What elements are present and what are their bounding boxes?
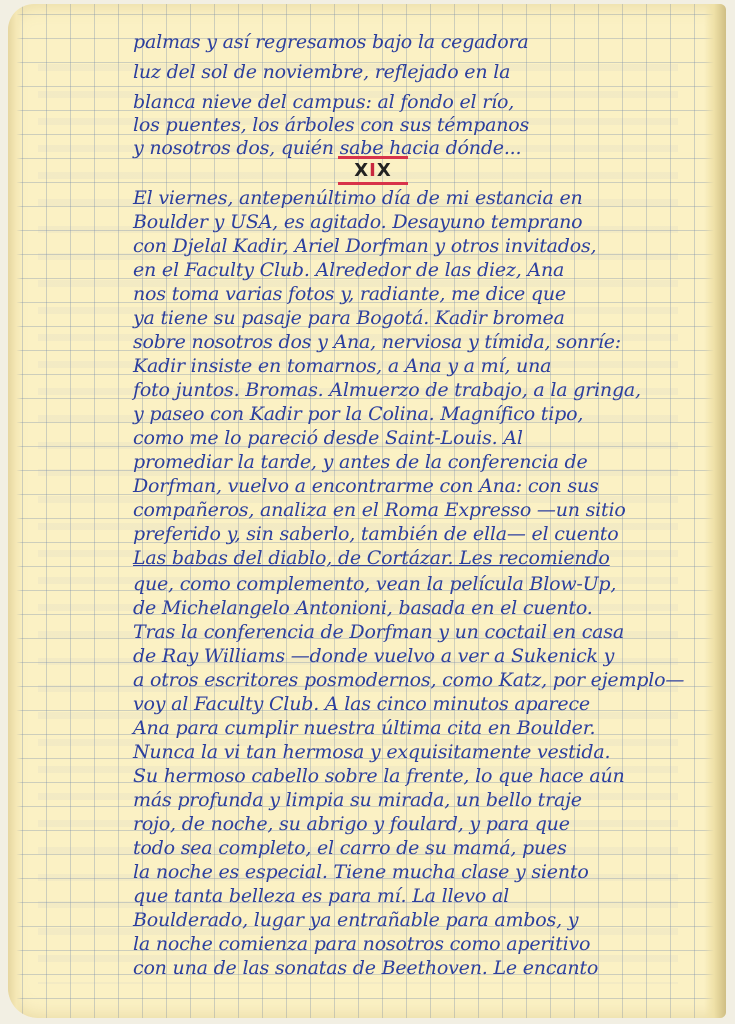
handwritten-line: de Ray Williams —donde vuelvo a ver a Su…: [133, 644, 614, 668]
handwritten-line: Nunca la vi tan hermosa y exquisitamente…: [133, 740, 610, 764]
handwritten-line: más profunda y limpia su mirada, un bell…: [133, 788, 582, 812]
handwritten-line: que, como complemento, vean la película …: [133, 572, 616, 596]
handwritten-line: rojo, de noche, su abrigo y foulard, y p…: [133, 812, 570, 836]
handwritten-line: promediar la tarde, y antes de la confer…: [133, 450, 588, 474]
chapter-numeral-x: X: [377, 160, 392, 181]
handwritten-line: con Djelal Kadir, Ariel Dorfman y otros …: [133, 234, 596, 258]
handwritten-line: blanca nieve del campus: al fondo el río…: [133, 90, 514, 114]
handwritten-line: a otros escritores posmodernos, como Kat…: [133, 668, 684, 692]
handwritten-line: la noche comienza para nosotros como ape…: [133, 932, 590, 956]
page-stack-left-edge: [8, 4, 22, 1018]
handwritten-line: El viernes, antepenúltimo día de mi esta…: [133, 186, 583, 210]
handwritten-line: que tanta belleza es para mí. La llevo a…: [133, 884, 509, 908]
chapter-heading: XIX: [338, 160, 408, 181]
handwritten-line: nos toma varias fotos y, radiante, me di…: [133, 282, 566, 306]
handwritten-line: luz del sol de noviembre, reflejado en l…: [133, 60, 510, 84]
handwritten-line: Boulder y USA, es agitado. Desayuno temp…: [133, 210, 582, 234]
handwritten-line: sobre nosotros dos y Ana, nerviosa y tím…: [133, 330, 621, 354]
handwritten-line: Boulderado, lugar ya entrañable para amb…: [133, 908, 578, 932]
handwritten-line: con una de las sonatas de Beethoven. Le …: [133, 956, 598, 980]
handwritten-line: Kadir insiste en tomarnos, a Ana y a mí,…: [133, 354, 551, 378]
handwritten-line: los puentes, los árboles con sus témpano…: [133, 113, 529, 137]
handwritten-line: compañeros, analiza en el Roma Expresso …: [133, 498, 626, 522]
handwritten-line: Su hermoso cabello sobre la frente, lo q…: [133, 764, 625, 788]
handwritten-line: todo sea completo, el carro de su mamá, …: [133, 836, 567, 860]
handwritten-line: la noche es especial. Tiene mucha clase …: [133, 860, 589, 884]
handwritten-line: Tras la conferencia de Dorfman y un coct…: [133, 620, 624, 644]
handwritten-line: y paseo con Kadir por la Colina. Magnífi…: [133, 402, 583, 426]
handwritten-line: Ana para cumplir nuestra última cita en …: [133, 716, 595, 740]
handwritten-line: voy al Faculty Club. A las cinco minutos…: [133, 692, 590, 716]
handwritten-line: como me lo pareció desde Saint-Louis. Al: [133, 426, 523, 450]
chapter-numeral-i: I: [369, 160, 377, 181]
handwritten-line: de Michelangelo Antonioni, basada en el …: [133, 596, 593, 620]
handwritten-line: palmas y así regresamos bajo la cegadora: [133, 30, 529, 54]
handwritten-line: en el Faculty Club. Alrededor de las die…: [133, 258, 564, 282]
chapter-numeral-x: X: [354, 160, 369, 181]
handwritten-line: y nosotros dos, quién sabe hacia dónde..…: [133, 136, 521, 160]
handwritten-line-story-title: Las babas del diablo, de Cortázar. Les r…: [133, 546, 610, 570]
handwritten-line: Dorfman, vuelvo a encontrarme con Ana: c…: [133, 474, 599, 498]
page-binding-right-edge: [704, 4, 726, 1018]
handwritten-line: ya tiene su pasaje para Bogotá. Kadir br…: [133, 306, 565, 330]
handwritten-line: foto juntos. Bromas. Almuerzo de trabajo…: [133, 378, 641, 402]
handwritten-line: preferido y, sin saberlo, también de ell…: [133, 522, 618, 546]
